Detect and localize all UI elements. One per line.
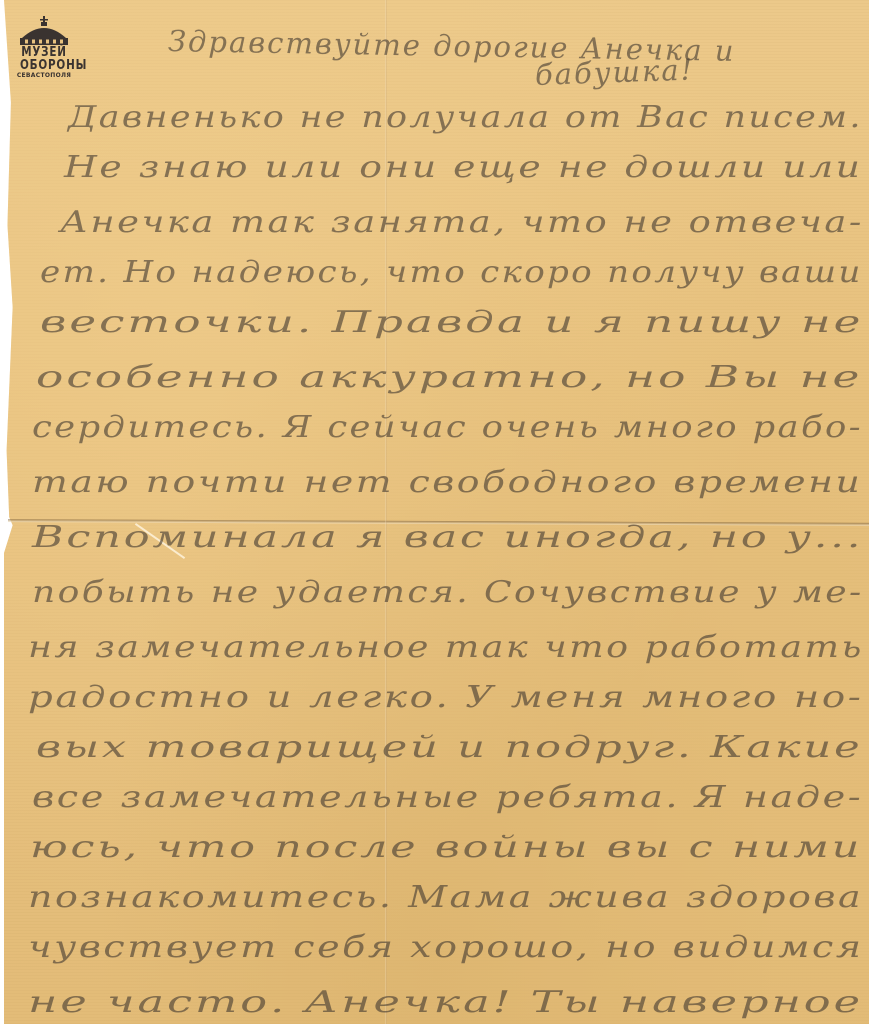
- letter-line: особенно аккуратно, но Вы не: [36, 360, 862, 395]
- dome-building-icon: [18, 16, 70, 46]
- letter-line: не часто. Анечка! Ты наверное: [28, 985, 863, 1020]
- logo-text-line2: ОБОРОНЫ: [20, 59, 68, 72]
- museum-logo: МУЗЕЙ ОБОРОНЫ СЕВАСТОПОЛЯ: [14, 16, 74, 80]
- letter-line: ет. Но надеюсь, что скоро получу ваши: [40, 255, 863, 290]
- letter-line: чувствует себя хорошо, но видимся: [28, 930, 864, 965]
- letter-line: Не знаю или они еще не дошли или: [64, 150, 862, 185]
- letter-line: радостно и легко. У меня много но-: [28, 680, 863, 715]
- letter-line: таю почти нет свободного времени: [32, 465, 862, 500]
- letter-line: Анечка так занята, что не отвеча-: [60, 205, 864, 240]
- letter-line: Давненько не получала от Вас писем.: [68, 100, 863, 135]
- letter-line: познакомитесь. Мама жива здорова: [28, 880, 863, 915]
- letter-line: весточки. Правда и я пишу не: [40, 305, 863, 340]
- letter-line: вых товарищей и подруг. Какие: [36, 730, 863, 765]
- greeting-line-2: бабушка!: [534, 52, 694, 92]
- logo-text-line3: СЕВАСТОПОЛЯ: [14, 72, 74, 80]
- letter-line: сердитесь. Я сейчас очень много рабо-: [32, 410, 863, 445]
- letter-line: ня замечательное так что работать: [28, 630, 864, 665]
- letter-line: побыть не удается. Сочувствие у ме-: [32, 575, 864, 610]
- letter-line: Вспоминала я вас иногда, но у...: [32, 520, 863, 555]
- letter-line: все замечательные ребята. Я наде-: [32, 780, 863, 815]
- letter-line: юсь, что после войны вы с ними: [30, 830, 862, 865]
